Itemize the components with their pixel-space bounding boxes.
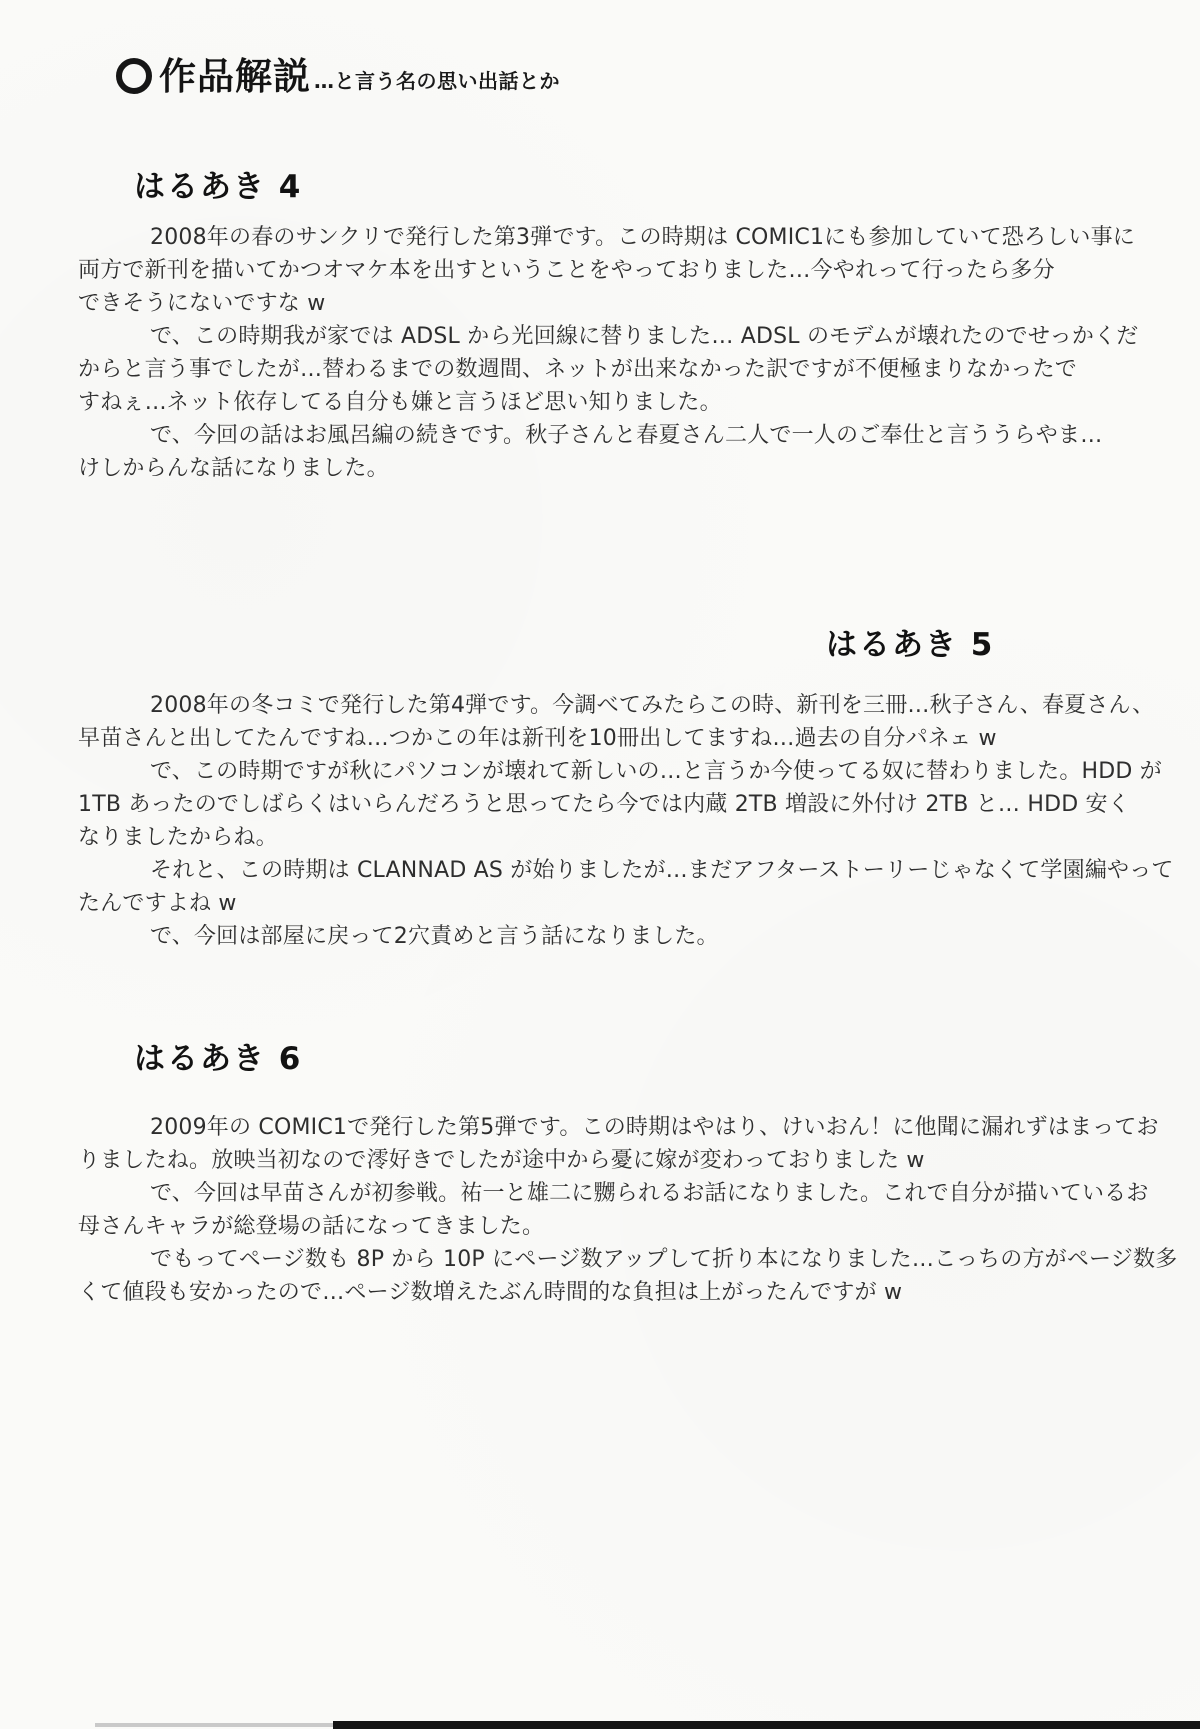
text-line: で、今回は部屋に戻って2穴責めと言う話になりました。 <box>78 920 1028 953</box>
text-line: で、今回は早苗さんが初参戦。祐一と雄二に嬲られるお話になりました。これで自分が描… <box>78 1177 1028 1210</box>
text-line: 1TB あったのでしばらくはいらんだろうと思ってたら今では内蔵 2TB 増設に外… <box>78 788 1028 821</box>
text-line: それと、この時期は CLANNAD AS が始りましたが…まだアフターストーリー… <box>78 854 1028 887</box>
section-heading-haruaki-5: はるあき 5 <box>826 630 994 661</box>
text-line: りましたね。放映当初なので澪好きでしたが途中から憂に嫁が変わっておりました w <box>78 1144 1028 1177</box>
scanned-page: 作品解説 …と言う名の思い出話とか はるあき 4 2008年の春のサンクリで発行… <box>0 0 1200 1729</box>
text-line: できそうにないですな w <box>78 287 1028 320</box>
text-line: 2009年の COMIC1で発行した第5弾です。この時期はやはり、けいおん！に他… <box>78 1111 1028 1144</box>
circle-bullet-icon <box>116 58 152 94</box>
section-body-haruaki-6: 2009年の COMIC1で発行した第5弾です。この時期はやはり、けいおん！に他… <box>78 1111 1028 1309</box>
page-header: 作品解説 …と言う名の思い出話とか <box>116 58 560 97</box>
text-line: 母さんキャラが総登場の話になってきました。 <box>78 1210 1028 1243</box>
text-line: でもってページ数も 8P から 10P にページ数アップして折り本になりました…… <box>78 1243 1028 1276</box>
text-line: 2008年の冬コミで発行した第4弾です。今調べてみたらこの時、新刊を三冊…秋子さ… <box>78 689 1028 722</box>
section-heading-haruaki-4: はるあき 4 <box>134 172 302 203</box>
text-line: すねぇ…ネット依存してる自分も嫌と言うほど思い知りました。 <box>78 386 1028 419</box>
text-line: 2008年の春のサンクリで発行した第3弾です。この時期は COMIC1にも参加し… <box>78 221 1028 254</box>
page-title: 作品解説 <box>159 58 311 97</box>
scan-edge-artifact-dark <box>333 1721 1200 1729</box>
text-line: で、この時期ですが秋にパソコンが壊れて新しいの…と言うか今使ってる奴に替わりまし… <box>78 755 1028 788</box>
text-line: たんですよね w <box>78 887 1028 920</box>
text-line: 早苗さんと出してたんですね…つかこの年は新刊を10冊出してますね…過去の自分パネ… <box>78 722 1028 755</box>
text-line: で、この時期我が家では ADSL から光回線に替りました… ADSL のモデムが… <box>78 320 1028 353</box>
text-line: けしからんな話になりました。 <box>78 452 1028 485</box>
scan-edge-artifact-light <box>95 1723 333 1727</box>
text-line: くて値段も安かったので…ページ数増えたぶん時間的な負担は上がったんですが w <box>78 1276 1028 1309</box>
text-line: 両方で新刊を描いてかつオマケ本を出すということをやっておりました…今やれって行っ… <box>78 254 1028 287</box>
page-subtitle: …と言う名の思い出話とか <box>314 65 560 94</box>
text-line: で、今回の話はお風呂編の続きです。秋子さんと春夏さん二人で一人のご奉仕と言ううら… <box>78 419 1028 452</box>
section-heading-haruaki-6: はるあき 6 <box>134 1044 302 1075</box>
section-body-haruaki-5: 2008年の冬コミで発行した第4弾です。今調べてみたらこの時、新刊を三冊…秋子さ… <box>78 689 1028 953</box>
text-line: なりましたからね。 <box>78 821 1028 854</box>
text-line: からと言う事でしたが…替わるまでの数週間、ネットが出来なかった訳ですが不便極まり… <box>78 353 1028 386</box>
section-body-haruaki-4: 2008年の春のサンクリで発行した第3弾です。この時期は COMIC1にも参加し… <box>78 221 1028 485</box>
